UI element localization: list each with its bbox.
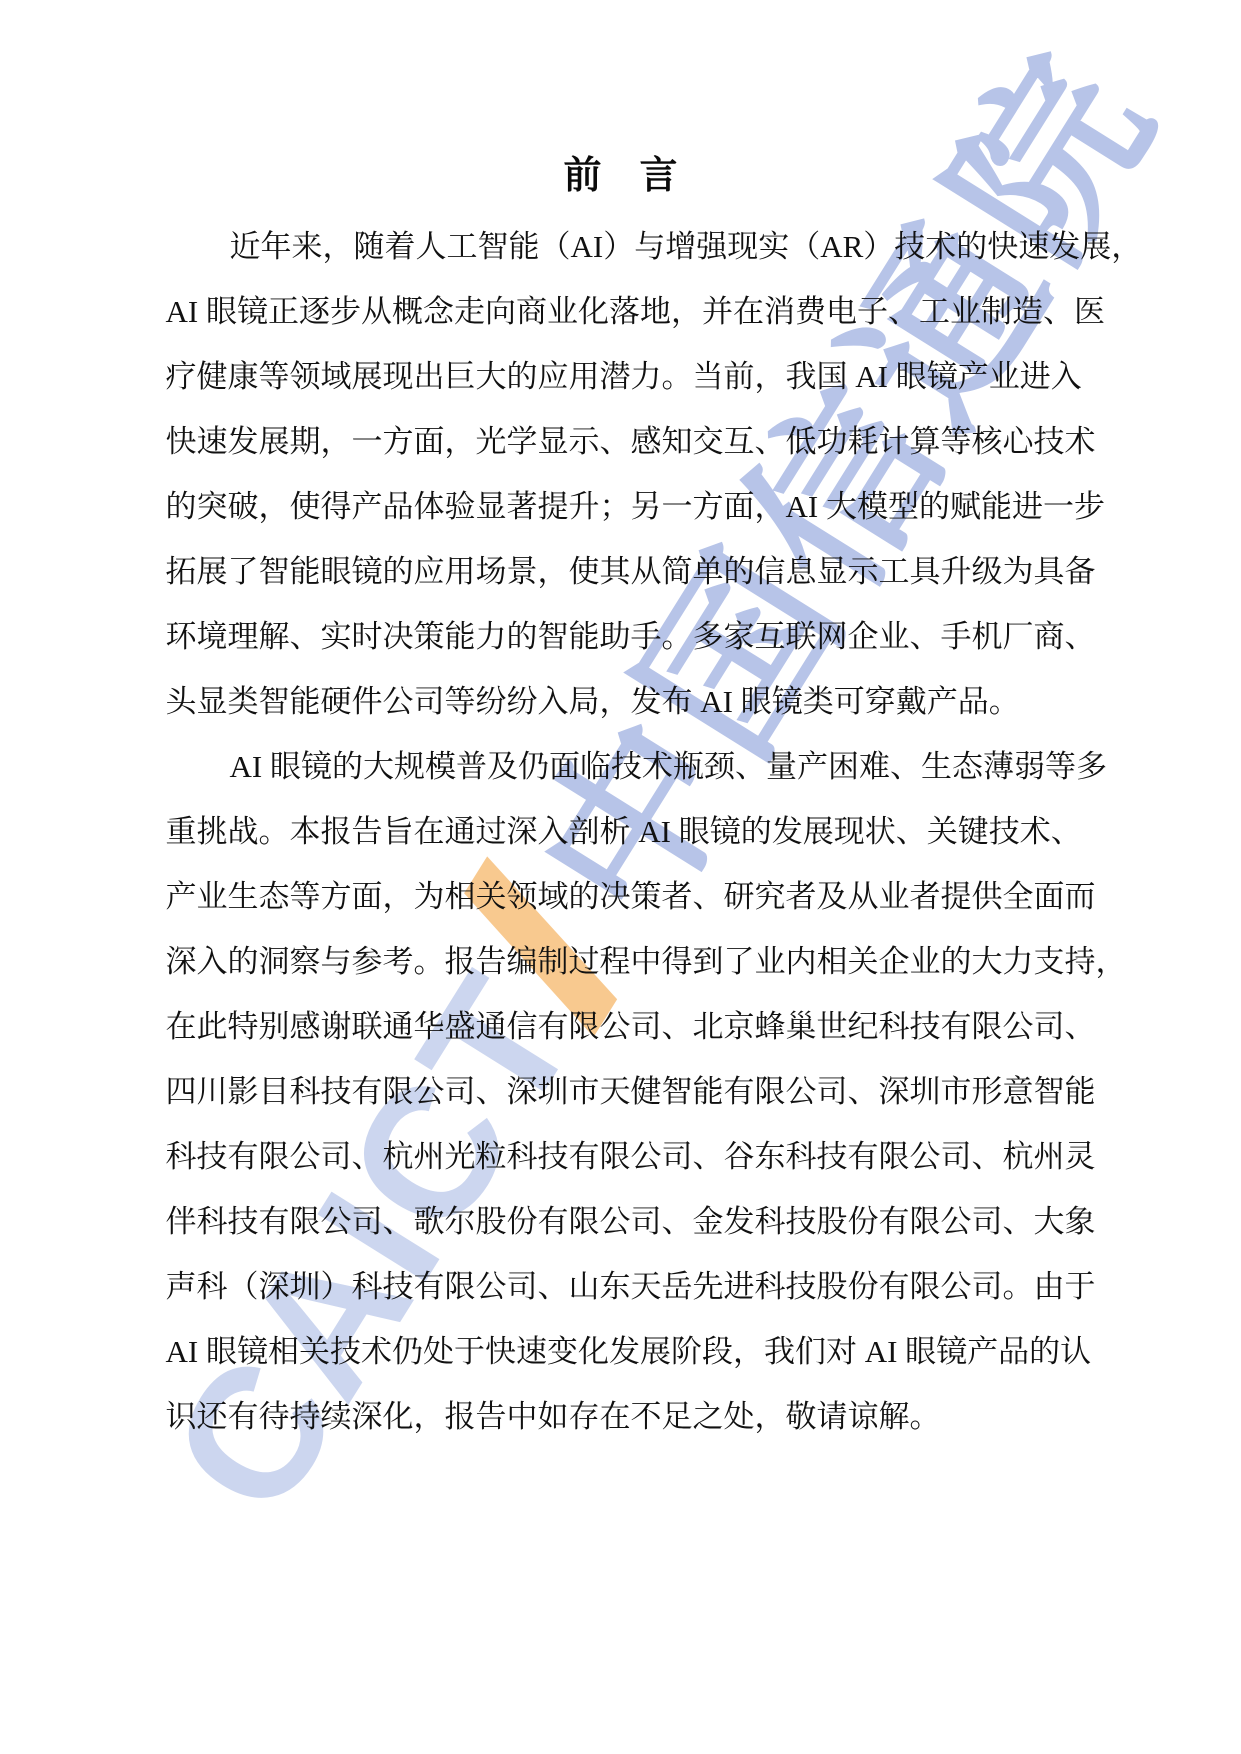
body-line: 疗健康等领域展现出巨大的应用潜力。当前，我国 AI 眼镜产业进入 [166, 344, 1076, 409]
body-line: 重挑战。本报告旨在通过深入剖析 AI 眼镜的发展现状、关键技术、 [166, 799, 1076, 864]
body-line: 声科（深圳）科技有限公司、山东天岳先进科技股份有限公司。由于 [166, 1254, 1076, 1319]
body-line: AI 眼镜相关技术仍处于快速变化发展阶段，我们对 AI 眼镜产品的认 [166, 1319, 1076, 1384]
body-line: 识还有待持续深化，报告中如存在不足之处，敬请谅解。 [166, 1384, 1076, 1449]
body-line: 伴科技有限公司、歌尔股份有限公司、金发科技股份有限公司、大象 [166, 1189, 1076, 1254]
body-line: 深入的洞察与参考。报告编制过程中得到了业内相关企业的大力支持， [166, 929, 1076, 994]
body-line: 四川影目科技有限公司、深圳市天健智能有限公司、深圳市形意智能 [166, 1059, 1076, 1124]
body-line: 产业生态等方面，为相关领域的决策者、研究者及从业者提供全面而 [166, 864, 1076, 929]
body-line: AI 眼镜的大规模普及仍面临技术瓶颈、量产困难、生态薄弱等多 [166, 734, 1076, 799]
body-line: 快速发展期，一方面，光学显示、感知交互、低功耗计算等核心技术 [166, 409, 1076, 474]
body-line: 科技有限公司、杭州光粒科技有限公司、谷东科技有限公司、杭州灵 [166, 1124, 1076, 1189]
body-line: 拓展了智能眼镜的应用场景，使其从简单的信息显示工具升级为具备 [166, 539, 1076, 604]
body-line: 近年来，随着人工智能（AI）与增强现实（AR）技术的快速发展， [166, 214, 1076, 279]
body-line: 环境理解、实时决策能力的智能助手。多家互联网企业、手机厂商、 [166, 604, 1076, 669]
body-line: AI 眼镜正逐步从概念走向商业化落地，并在消费电子、工业制造、医 [166, 279, 1076, 344]
page-title: 前 言 [0, 152, 1241, 200]
body-line: 的突破，使得产品体验显著提升；另一方面，AI 大模型的赋能进一步 [166, 474, 1076, 539]
preface-page: 前 言 近年来，随着人工智能（AI）与增强现实（AR）技术的快速发展， AI 眼… [0, 0, 1241, 1754]
body-line: 头显类智能硬件公司等纷纷入局，发布 AI 眼镜类可穿戴产品。 [166, 669, 1076, 734]
preface-body: 近年来，随着人工智能（AI）与增强现实（AR）技术的快速发展， AI 眼镜正逐步… [166, 214, 1076, 1449]
body-line: 在此特别感谢联通华盛通信有限公司、北京蜂巢世纪科技有限公司、 [166, 994, 1076, 1059]
